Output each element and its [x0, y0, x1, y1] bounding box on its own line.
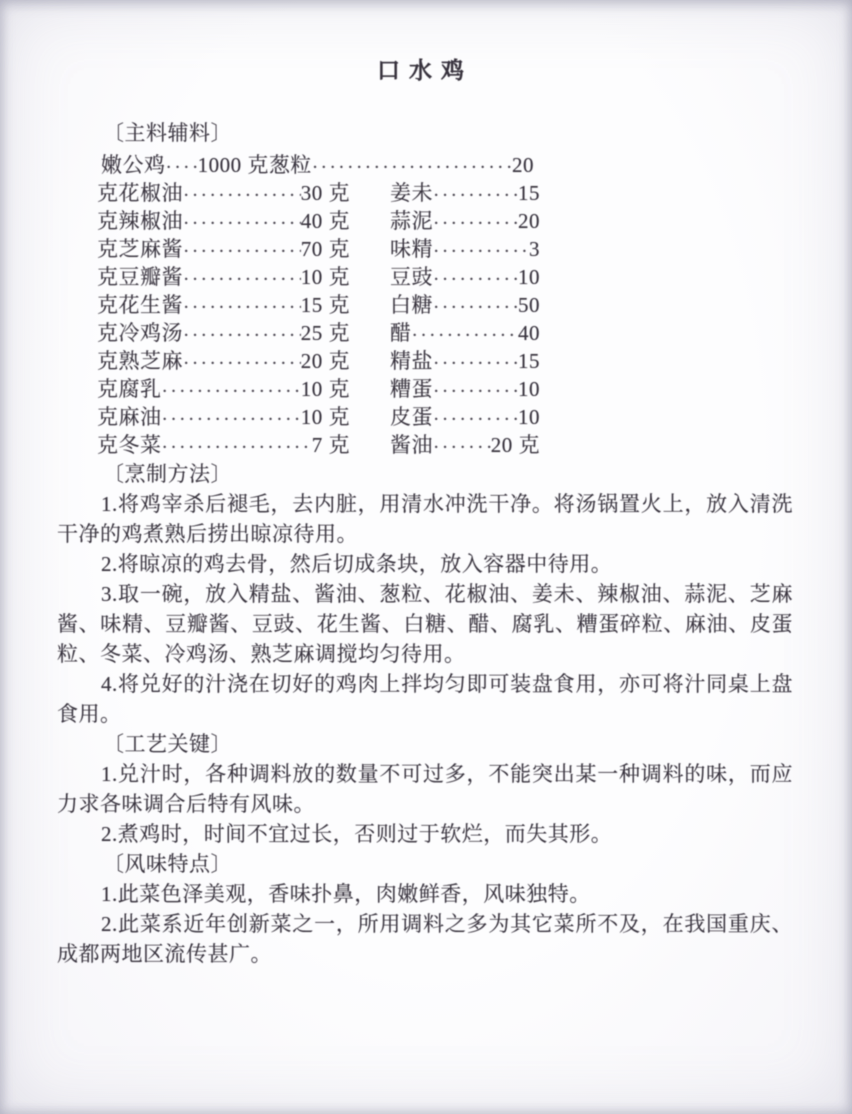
ingredient-amount: 40 克: [301, 207, 350, 235]
ingredient-cell: 克腐乳10 克: [97, 375, 350, 403]
ingredient-cell: 姜未15: [390, 179, 540, 207]
dot-leader: [433, 432, 491, 460]
dot-leader: [166, 152, 198, 180]
ingredient-row: 克麻油10 克 皮蛋10: [97, 403, 793, 431]
ingredient-amount: 70 克: [301, 235, 350, 263]
ingredient-name: 克腐乳: [97, 375, 162, 403]
ingredient-name: 姜未: [390, 179, 433, 207]
ingredient-amount: 10 克: [301, 403, 350, 431]
dot-leader: [162, 432, 312, 460]
ingredient-name: 克熟芝麻: [97, 347, 183, 375]
technique-item: 2.煮鸡时，时间不宜过长，否则过于软烂，而失其形。: [57, 819, 793, 849]
ingredient-row: 克冬菜7 克 酱油20 克: [97, 431, 793, 459]
dot-leader: [162, 404, 301, 432]
ingredient-cell: 酱油20 克: [390, 431, 540, 459]
ingredient-name: 精盐: [390, 347, 433, 375]
ingredient-row: 克豆瓣酱10 克 豆豉10: [97, 263, 793, 291]
section-header-ingredients: 〔主料辅料〕: [103, 118, 793, 148]
ingredient-name: 蒜泥: [390, 207, 433, 235]
ingredient-name: 克麻油: [97, 403, 162, 431]
dot-leader: [162, 376, 301, 404]
dot-leader: [433, 264, 518, 292]
section-header-technique: 〔工艺关键〕: [103, 729, 793, 759]
ingredient-cell: 醋40: [390, 319, 540, 347]
ingredient-cell: 蒜泥20: [390, 207, 540, 235]
method-step: 1.将鸡宰杀后褪毛，去内脏，用清水冲洗干净。将汤锅置火上，放入清洗干净的鸡煮熟后…: [57, 489, 793, 549]
ingredient-name: 豆豉: [390, 263, 433, 291]
ingredient-amount: 1000 克: [198, 151, 269, 179]
dot-leader: [433, 236, 529, 264]
ingredient-name: 酱油: [390, 431, 433, 459]
ingredient-cell: 豆豉10: [390, 263, 540, 291]
page-title: 口水鸡: [57, 52, 793, 85]
dot-leader: [183, 208, 301, 236]
dot-leader: [433, 404, 518, 432]
ingredient-cell: 克冬菜7 克: [97, 431, 350, 459]
ingredient-row: 克花椒油30 克 姜未15: [97, 179, 793, 207]
method-step: 4.将兑好的汁浇在切好的鸡肉上拌均匀即可装盘食用，亦可将汁同桌上盘食用。: [57, 669, 793, 729]
ingredient-name: 味精: [390, 235, 433, 263]
ingredient-name: 嫩公鸡: [101, 151, 166, 179]
ingredient-cell: 精盐15: [390, 347, 540, 375]
section-header-flavor: 〔风味特点〕: [103, 849, 793, 879]
ingredient-name: 克冷鸡汤: [97, 319, 183, 347]
dot-leader: [412, 320, 519, 348]
ingredient-name: 醋: [390, 319, 412, 347]
ingredient-amount: 10 克: [301, 375, 350, 403]
dot-leader: [312, 152, 512, 180]
dot-leader: [433, 208, 518, 236]
ingredient-amount: 15: [518, 347, 540, 375]
ingredient-amount: 50: [518, 291, 540, 319]
ingredient-amount: 20 克: [301, 347, 350, 375]
ingredient-cell: 白糖50: [390, 291, 540, 319]
ingredient-name: 皮蛋: [390, 403, 433, 431]
ingredient-amount: 20: [512, 151, 534, 179]
ingredient-cell: 味精3: [390, 235, 540, 263]
page-content: 口水鸡 〔主料辅料〕 嫩公鸡 1000 克 葱粒 20 克花椒油30 克 姜未1…: [57, 0, 793, 969]
ingredient-row: 克花生酱15 克 白糖50: [97, 291, 793, 319]
ingredient-cell: 克芝麻酱70 克: [97, 235, 350, 263]
flavor-item: 1.此菜色泽美观，香味扑鼻，肉嫩鲜香，风味独特。: [57, 879, 793, 909]
ingredient-name: 克芝麻酱: [97, 235, 183, 263]
ingredient-amount: 10: [518, 403, 540, 431]
ingredient-amount: 20: [518, 207, 540, 235]
ingredient-list: 嫩公鸡 1000 克 葱粒 20 克花椒油30 克 姜未15 克辣椒油40 克: [57, 151, 793, 459]
section-header-method: 〔烹制方法〕: [103, 459, 793, 489]
ingredient-cell: 克花椒油30 克: [97, 179, 350, 207]
ingredient-row: 克冷鸡汤25 克 醋40: [97, 319, 793, 347]
dot-leader: [433, 348, 518, 376]
ingredient-amount: 3: [529, 235, 540, 263]
dot-leader: [433, 376, 518, 404]
ingredient-row: 克腐乳10 克 糟蛋10: [97, 375, 793, 403]
dot-leader: [183, 236, 301, 264]
ingredient-amount: 25 克: [301, 319, 350, 347]
ingredient-name: 克花生酱: [97, 291, 183, 319]
ingredient-name: 克豆瓣酱: [97, 263, 183, 291]
dot-leader: [183, 348, 301, 376]
ingredient-cell: 克熟芝麻20 克: [97, 347, 350, 375]
ingredient-cell: 克花生酱15 克: [97, 291, 350, 319]
ingredient-name: 克辣椒油: [97, 207, 183, 235]
ingredient-amount: 15: [518, 179, 540, 207]
dot-leader: [183, 320, 301, 348]
ingredient-cell: 糟蛋10: [390, 375, 540, 403]
ingredient-name: 葱粒: [269, 151, 312, 179]
ingredient-amount: 20 克: [491, 431, 540, 459]
ingredient-name: 白糖: [390, 291, 433, 319]
dot-leader: [433, 292, 518, 320]
recipe-page: 口水鸡 〔主料辅料〕 嫩公鸡 1000 克 葱粒 20 克花椒油30 克 姜未1…: [0, 0, 852, 1114]
flavor-item: 2.此菜系近年创新菜之一，所用调料之多为其它菜所不及，在我国重庆、成都两地区流传…: [57, 909, 793, 969]
dot-leader: [183, 180, 301, 208]
ingredient-cell: 克辣椒油40 克: [97, 207, 350, 235]
ingredient-row: 嫩公鸡 1000 克 葱粒 20: [101, 151, 534, 179]
ingredient-amount: 7 克: [312, 431, 350, 459]
ingredient-amount: 10: [518, 263, 540, 291]
ingredient-name: 糟蛋: [390, 375, 433, 403]
dot-leader: [433, 180, 518, 208]
ingredient-amount: 15 克: [301, 291, 350, 319]
ingredient-amount: 10: [518, 375, 540, 403]
ingredient-cell: 克麻油10 克: [97, 403, 350, 431]
ingredient-row: 克芝麻酱70 克 味精3: [97, 235, 793, 263]
dot-leader: [183, 292, 301, 320]
ingredient-row: 克熟芝麻20 克 精盐15: [97, 347, 793, 375]
method-step: 2.将晾凉的鸡去骨，然后切成条块，放入容器中待用。: [57, 549, 793, 579]
ingredient-amount: 10 克: [301, 263, 350, 291]
technique-item: 1.兑汁时，各种调料放的数量不可过多，不能突出某一种调料的味，而应力求各味调合后…: [57, 759, 793, 819]
method-step: 3.取一碗，放入精盐、酱油、葱粒、花椒油、姜未、辣椒油、蒜泥、芝麻酱、味精、豆瓣…: [57, 579, 793, 669]
ingredient-amount: 40: [518, 319, 540, 347]
ingredient-name: 克花椒油: [97, 179, 183, 207]
ingredient-cell: 皮蛋10: [390, 403, 540, 431]
ingredient-name: 克冬菜: [97, 431, 162, 459]
dot-leader: [183, 264, 301, 292]
ingredient-cell: 克冷鸡汤25 克: [97, 319, 350, 347]
ingredient-amount: 30 克: [301, 179, 350, 207]
ingredient-row: 克辣椒油40 克 蒜泥20: [97, 207, 793, 235]
ingredient-cell: 克豆瓣酱10 克: [97, 263, 350, 291]
